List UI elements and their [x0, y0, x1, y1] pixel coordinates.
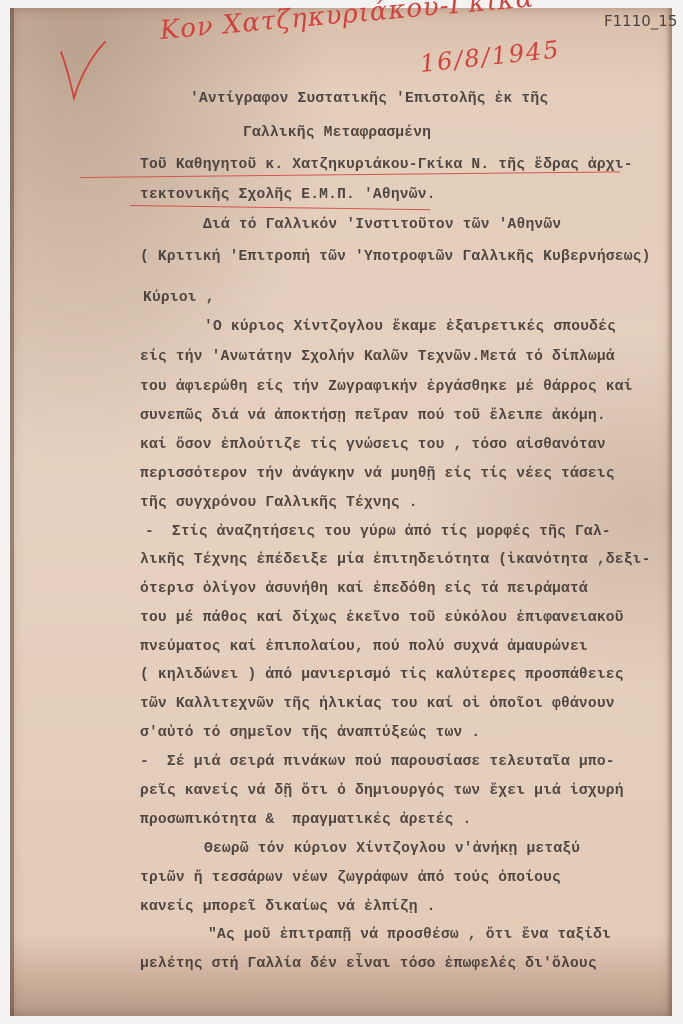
body-line: του μέ πάθος καί δίχως ἐκεῖνο τοῦ εὐκόλο… [140, 611, 624, 626]
check-mark-icon [58, 40, 108, 102]
paper-edge-left [10, 8, 14, 1016]
header-line-6: ( Κριτική 'Επιτροπή τῶν 'Υποτροφιῶν Γαλλ… [140, 250, 651, 265]
header-line-2: Γαλλικῆς Μεταφρασμένη [243, 126, 431, 141]
body-line: - Σέ μιά σειρά πινάκων πού παρουσίασε τε… [140, 755, 615, 770]
header-line-4: τεκτονικῆς Σχολῆς Ε.Μ.Π. 'Αθηνῶν. [140, 188, 436, 203]
body-line: τῶν Καλλιτεχνῶν τῆς ἡλικίας του καί οἱ ὁ… [140, 697, 615, 712]
body-line: είς τήν 'Ανωτάτην Σχολήν Καλῶν Τεχνῶν.Με… [140, 350, 615, 365]
body-line: πνεύματος καί ἐπιπολαίου, πού πολύ συχνά… [140, 640, 588, 655]
body-line: τριῶν ἤ τεσσάρων νέων ζωγράφων ἀπό τούς … [140, 871, 561, 886]
body-line: συνεπῶς διά νά ἀποκτήσῃ πεῖραν πού τοῦ ἔ… [140, 409, 606, 424]
body-line: τῆς συγχρόνου Γαλλικῆς Τέχνης . [140, 496, 418, 511]
header-line-5: Διά τό Γαλλικόν 'Ινστιτοῦτον τῶν 'Αθηνῶν [203, 218, 561, 233]
body-line: - Στίς ἀναζητήσεις του γύρω ἀπό τίς μορφ… [145, 525, 611, 540]
header-line-1: 'Αντίγραφον Συστατικῆς 'Επιστολῆς ἐκ τῆς [190, 92, 548, 107]
body-line: Θεωρῶ τόν κύριον Χίντζογλου ν'ἀνήκῃ μετα… [204, 842, 580, 857]
body-line: του ἀφιερώθη είς τήν Ζωγραφικήν ἐργάσθηκ… [140, 380, 633, 395]
archive-reference: F1110_15 [604, 12, 677, 30]
salutation: Κύριοι , [143, 291, 215, 306]
body-line: σ'αὐτό τό σημεῖον τῆς ἀναπτύξεώς των . [140, 726, 480, 741]
paper-edge-right [666, 8, 672, 1016]
header-line-3: Τοῦ Καθηγητοῦ κ. Χατζηκυριάκου-Γκίκα Ν. … [140, 158, 633, 173]
body-line: κανείς μπορεῖ δικαίως νά ἐλπίζῃ . [140, 900, 436, 915]
body-line: λικῆς Τέχνης ἐπέδειξε μία ἐπιτηδειότητα … [140, 553, 651, 568]
body-line: ότερισ ὀλίγον ἀσυνήθη καί ἐπεδόθη είς τά… [140, 582, 588, 597]
body-line: καί ὅσον ἐπλούτιζε τίς γνώσεις του , τόσ… [140, 438, 606, 453]
body-line: ρεῖς κανείς νά δῇ ὅτι ὁ δημιουργός των ἔ… [140, 784, 624, 799]
body-line: 'Ο κύριος Χίντζογλου ἔκαμε ἐξαιρετικές σ… [204, 320, 616, 335]
body-line: προσωπικότητα & πραγματικές ἀρετές . [140, 813, 471, 828]
body-line: μελέτης στή Γαλλία δέν εἶναι τόσο ἐπωφελ… [140, 957, 597, 972]
body-line: περισσότερον τήν ἀνάγκην νά μυηθῇ είς τί… [140, 467, 615, 482]
body-line: ( κηλιδώνει ) ἀπό μανιερισμό τίς καλύτερ… [140, 668, 624, 683]
body-line: "Ας μοῦ ἐπιτραπῇ νά προσθέσω , ὅτι ἕνα τ… [208, 928, 611, 943]
